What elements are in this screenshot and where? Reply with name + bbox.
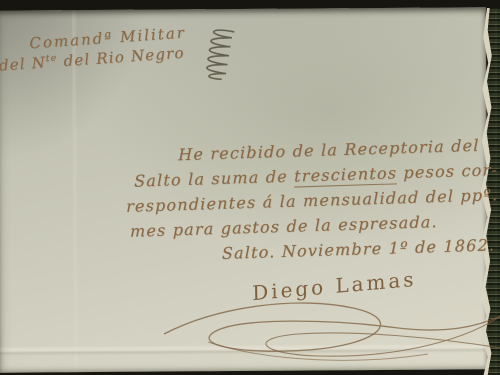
body-line-2-text: Salto la suma de	[134, 167, 294, 191]
receipt-body: He recibido de la Receptoria del Salto l…	[126, 132, 499, 269]
letterhead-line-2-text: del N	[0, 53, 47, 74]
body-line-2-rest: pesos cor-	[397, 160, 498, 182]
signature-flourish	[148, 292, 500, 372]
underlined-amount: trescientos	[294, 163, 397, 187]
letterhead-superscript: te	[45, 53, 57, 65]
document-photo: Comandª Militar del Nte del Rio Negro He…	[0, 0, 500, 375]
coil-flourish	[192, 25, 241, 85]
